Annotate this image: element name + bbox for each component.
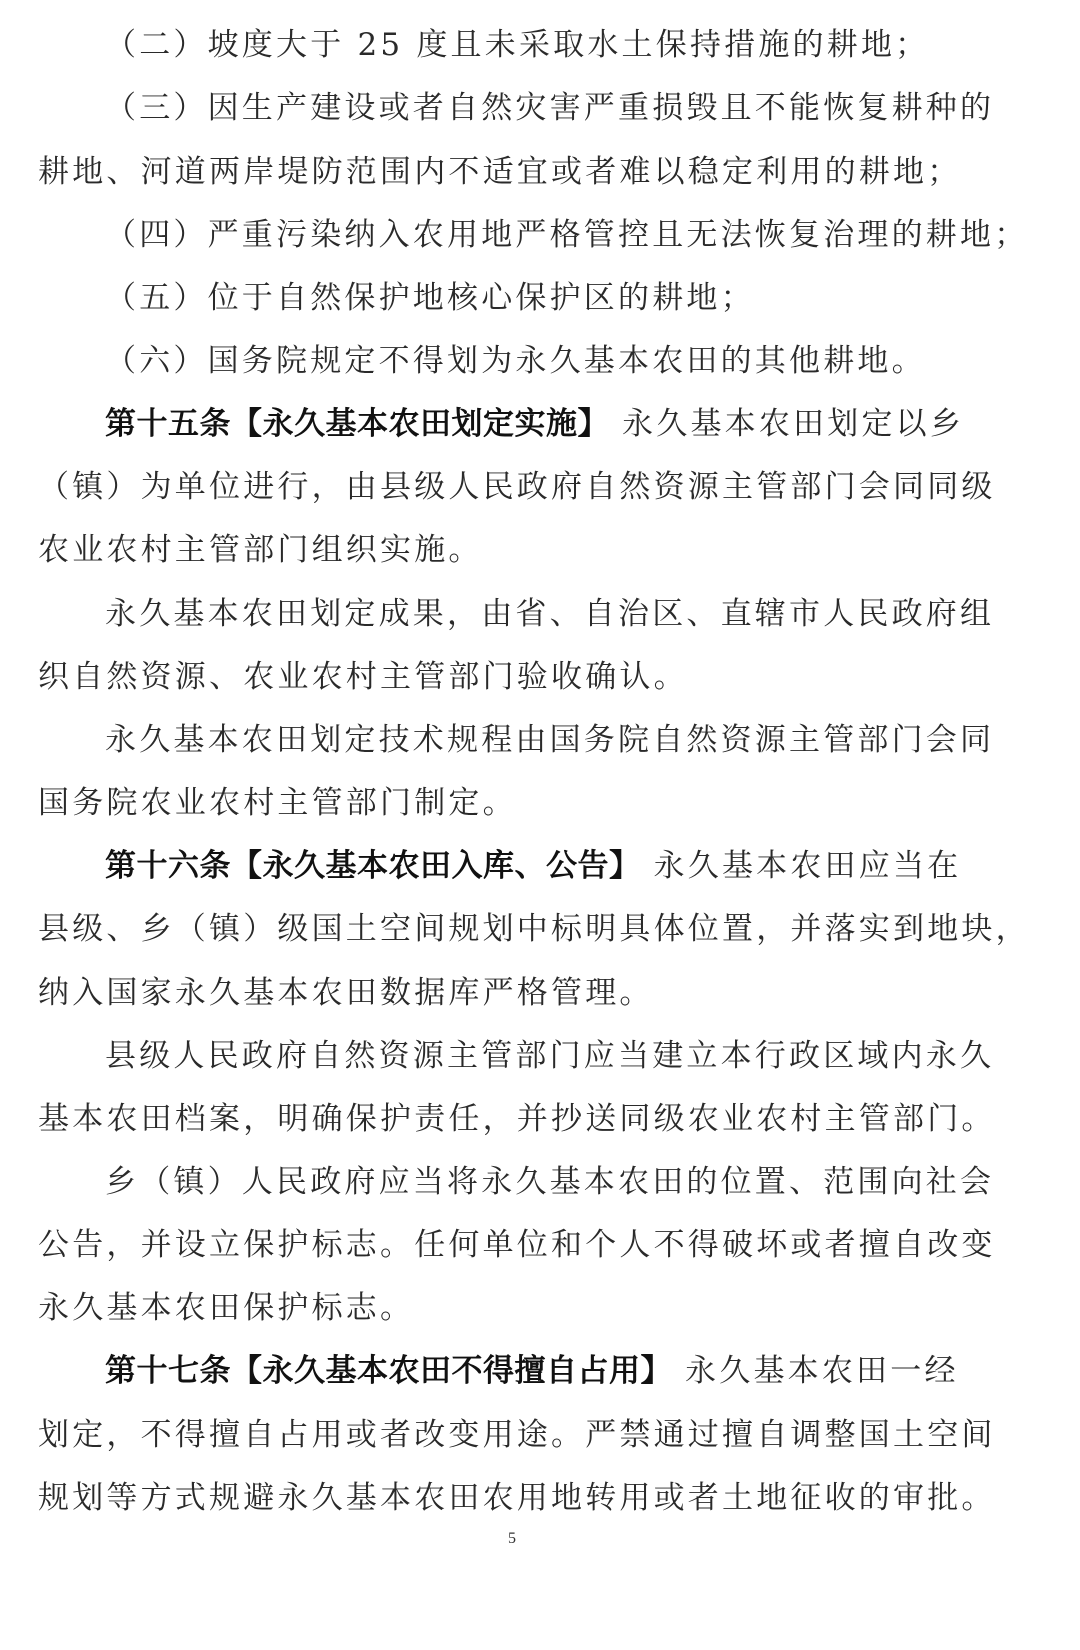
text-line: 农业农村主管部门组织实施。 (0, 530, 1024, 570)
text-line: 纳入国家永久基本农田数据库严格管理。 (0, 973, 1024, 1013)
article-heading-16: 第十六条【永久基本农田入库、公告】 永久基本农田应当在 (0, 846, 1024, 886)
page-number: 5 (0, 1530, 1024, 1548)
text-line: （镇）为单位进行，由县级人民政府自然资源主管部门会同同级 (0, 467, 1024, 507)
text-line: 国务院农业农村主管部门制定。 (0, 783, 1024, 823)
article-title: 第十七条【永久基本农田不得擅自占用】 (105, 1353, 672, 1389)
article-heading-17: 第十七条【永久基本农田不得擅自占用】 永久基本农田一经 (0, 1351, 1024, 1391)
text-line: 县级人民政府自然资源主管部门应当建立本行政区域内永久 (0, 1036, 1024, 1076)
text-line: 织自然资源、农业农村主管部门验收确认。 (0, 657, 1024, 697)
article-title: 第十五条【永久基本农田划定实施】 (105, 406, 609, 442)
text-line: 永久基本农田划定成果，由省、自治区、直辖市人民政府组 (0, 594, 1024, 634)
text-line: 永久基本农田保护标志。 (0, 1288, 1024, 1328)
text-line: 县级、乡（镇）级国土空间规划中标明具体位置，并落实到地块， (0, 909, 1024, 949)
text-line: 规划等方式规避永久基本农田农用地转用或者土地征收的审批。 (0, 1478, 1024, 1518)
text-line: 永久基本农田划定技术规程由国务院自然资源主管部门会同 (0, 720, 1024, 760)
article-heading-15: 第十五条【永久基本农田划定实施】 永久基本农田划定以乡 (0, 404, 1024, 444)
text-line: 乡（镇）人民政府应当将永久基本农田的位置、范围向社会 (0, 1162, 1024, 1202)
text-line: （二）坡度大于 25 度且未采取水土保持措施的耕地； (0, 25, 1024, 65)
article-title: 第十六条【永久基本农田入库、公告】 (105, 848, 641, 884)
text-line: （五）位于自然保护地核心保护区的耕地； (0, 278, 1024, 318)
text-line: 基本农田档案，明确保护责任，并抄送同级农业农村主管部门。 (0, 1099, 1024, 1139)
text-line: （四）严重污染纳入农用地严格管控且无法恢复治理的耕地； (0, 215, 1024, 255)
text-line: （六）国务院规定不得划为永久基本农田的其他耕地。 (0, 341, 1024, 381)
text-line: 划定，不得擅自占用或者改变用途。严禁通过擅自调整国土空间 (0, 1415, 1024, 1455)
text-line: 耕地、河道两岸堤防范围内不适宜或者难以稳定利用的耕地； (0, 152, 1024, 192)
text-line: （三）因生产建设或者自然灾害严重损毁且不能恢复耕种的 (0, 88, 1024, 128)
text-line: 公告，并设立保护标志。任何单位和个人不得破坏或者擅自改变 (0, 1225, 1024, 1265)
